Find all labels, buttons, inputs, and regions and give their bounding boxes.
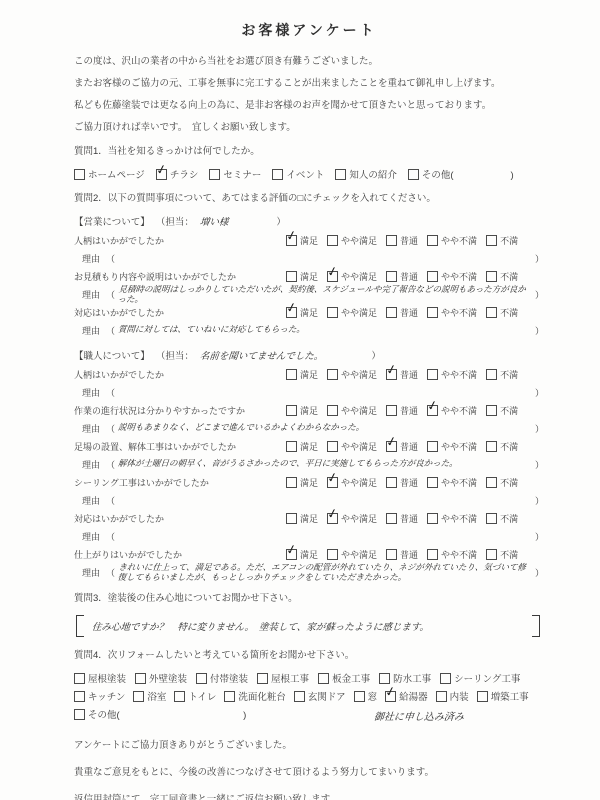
rating-checkbox[interactable]: やや満足 bbox=[327, 440, 377, 453]
q4-option-checkbox[interactable]: 付帯塗装 bbox=[196, 671, 248, 685]
q4-option-checkbox[interactable]: 内装 bbox=[436, 689, 469, 703]
reason-row: 理由 （ 見積時の説明はしっかりしていただいたが、契約後、スケジュールや完了報告… bbox=[74, 285, 544, 303]
checkbox-icon bbox=[156, 169, 167, 180]
rating-checkbox[interactable]: 普通 bbox=[386, 548, 418, 561]
checkbox-icon bbox=[286, 405, 297, 416]
checkbox-icon bbox=[427, 477, 438, 488]
q4-option-checkbox[interactable]: 玄関ドア bbox=[294, 689, 346, 703]
option-label: 防水工事 bbox=[393, 671, 431, 685]
reason-row: 理由 （ ） bbox=[74, 249, 544, 267]
reason-row: 理由 （ ） bbox=[74, 491, 544, 509]
question3-answer-box: 住み心地ですか？ 特に変りません。 塗装して、家が蘇ったように感じます。 bbox=[76, 614, 540, 638]
rating-checkbox[interactable]: 普通 bbox=[386, 404, 418, 417]
paren-close: ） bbox=[535, 386, 544, 399]
rating-question-row: 足場の設置、解体工事はいかがでしたか 満足 やや満足 普通 やや不満 不満 bbox=[74, 437, 544, 455]
rating-checkbox[interactable]: やや不満 bbox=[427, 476, 477, 489]
rating-checkbox[interactable]: 満足 bbox=[286, 306, 318, 319]
reason-row: 理由 （ きれいに仕上って、満足である。ただ、エアコンの配管が外れていたり、ネジ… bbox=[74, 563, 544, 581]
q1-option-checkbox[interactable]: チラシ bbox=[156, 167, 199, 181]
rating-checkbox[interactable]: 普通 bbox=[386, 512, 418, 525]
q4-option-checkbox[interactable]: 外壁塗装 bbox=[135, 671, 187, 685]
rating-options: 満足 やや満足 普通 やや不満 不満 bbox=[286, 234, 518, 247]
option-label: 満足 bbox=[300, 548, 318, 561]
section-sales-heading-row: 【営業について】 （担当： 増い様 ） bbox=[74, 214, 544, 228]
paren-open: （ bbox=[106, 530, 115, 543]
option-label: 満足 bbox=[300, 404, 318, 417]
option-label: やや不満 bbox=[441, 512, 477, 525]
reason-row: 理由 （ ） bbox=[74, 527, 544, 545]
checkbox-icon bbox=[436, 691, 447, 702]
checkbox-icon bbox=[286, 271, 297, 282]
option-label: やや満足 bbox=[341, 234, 377, 247]
rating-question-row: 作業の進行状況は分かりやすかったですか 満足 やや満足 普通 やや不満 不満 bbox=[74, 401, 544, 419]
option-label: 屋根工事 bbox=[271, 671, 309, 685]
option-label: 浴室 bbox=[147, 689, 166, 703]
rating-options: 満足 やや満足 普通 やや不満 不満 bbox=[286, 512, 518, 525]
question-label: 作業の進行状況は分かりやすかったですか bbox=[74, 404, 286, 417]
reason-row: 理由 （ 解体が土曜日の朝早く、音がうるさかったので、平日に実施してもらった方が… bbox=[74, 455, 544, 473]
rating-checkbox[interactable]: 普通 bbox=[386, 270, 418, 283]
reason-label: 理由 bbox=[82, 530, 100, 543]
option-label: やや満足 bbox=[341, 306, 377, 319]
rating-checkbox[interactable]: 普通 bbox=[386, 368, 418, 381]
option-label: 不満 bbox=[500, 512, 518, 525]
option-label: 満足 bbox=[300, 368, 318, 381]
option-label: 内装 bbox=[450, 689, 469, 703]
intro-paragraph: この度は、沢山の業者の中から当社をお選び頂き有難うございました。 またお客様のご… bbox=[74, 56, 544, 134]
option-label: 不満 bbox=[500, 476, 518, 489]
checkbox-icon bbox=[486, 405, 497, 416]
rating-checkbox[interactable]: やや満足 bbox=[327, 512, 377, 525]
rating-question-row: お見積もり内容や説明はいかがでしたか 満足 やや満足 普通 やや不満 不満 bbox=[74, 267, 544, 285]
question-label: 人柄はいかがでしたか bbox=[74, 234, 286, 247]
checkbox-icon bbox=[327, 307, 338, 318]
checkbox-icon bbox=[386, 271, 397, 282]
reason-label: 理由 bbox=[82, 566, 100, 579]
rating-checkbox[interactable]: 満足 bbox=[286, 234, 318, 247]
q4-option-checkbox[interactable]: トイレ bbox=[174, 689, 216, 703]
rating-checkbox[interactable]: やや不満 bbox=[427, 404, 477, 417]
question-label: 対応はいかがでしたか bbox=[74, 306, 286, 319]
checkbox-icon bbox=[427, 235, 438, 246]
section-craftsman-heading-row: 【職人について】 （担当： 名前を聞いてませんでした。 ） bbox=[74, 348, 544, 362]
rating-checkbox[interactable]: 満足 bbox=[286, 476, 318, 489]
checkbox-icon bbox=[272, 169, 283, 180]
paren-close: ） bbox=[276, 214, 286, 228]
checkbox-icon bbox=[386, 549, 397, 560]
checkbox-icon bbox=[379, 673, 390, 684]
question-label: 仕上がりはいかがでしたか bbox=[74, 548, 286, 561]
option-label: チラシ bbox=[170, 167, 199, 181]
reason-label: 理由 bbox=[82, 324, 100, 337]
rating-question-row: 対応はいかがでしたか 満足 やや満足 普通 やや不満 不満 bbox=[74, 509, 544, 527]
option-label: やや不満 bbox=[441, 404, 477, 417]
q1-option-checkbox[interactable]: ホームページ bbox=[74, 167, 145, 181]
checkbox-icon bbox=[486, 271, 497, 282]
checkbox-icon bbox=[74, 691, 85, 702]
rating-checkbox[interactable]: 不満 bbox=[486, 234, 518, 247]
handwritten-reason: 説明もあまりなく、どこまで進んでいるかよくわからなかった。 bbox=[118, 423, 533, 433]
option-label: 洗面化粧台 bbox=[238, 689, 286, 703]
option-label: 玄関ドア bbox=[308, 689, 346, 703]
rating-checkbox[interactable]: 不満 bbox=[486, 404, 518, 417]
option-label: その他( ) bbox=[88, 707, 246, 721]
rating-options: 満足 やや満足 普通 やや不満 不満 bbox=[286, 476, 518, 489]
option-label: 板金工事 bbox=[332, 671, 370, 685]
q1-option-checkbox[interactable]: イベント bbox=[272, 167, 324, 181]
craftsman-rating-rows: 人柄はいかがでしたか 満足 やや満足 普通 やや不満 不満 理由 （ ） bbox=[74, 365, 544, 581]
rating-checkbox[interactable]: 普通 bbox=[386, 476, 418, 489]
paren-close: ） bbox=[535, 422, 544, 435]
handwritten-reason: 見積時の説明はしっかりしていただいたが、契約後、スケジュールや完了報告などの説明… bbox=[117, 285, 533, 304]
reason-label: 理由 bbox=[82, 422, 100, 435]
rating-checkbox[interactable]: 普通 bbox=[386, 440, 418, 453]
rating-checkbox[interactable]: やや満足 bbox=[327, 270, 377, 283]
checkbox-icon bbox=[427, 549, 438, 560]
option-label: やや満足 bbox=[341, 404, 377, 417]
rating-question-row: 対応はいかがでしたか 満足 やや満足 普通 やや不満 不満 bbox=[74, 303, 544, 321]
rating-checkbox[interactable]: やや不満 bbox=[427, 368, 477, 381]
intro-line: この度は、沢山の業者の中から当社をお選び頂き有難うございました。 bbox=[74, 56, 544, 68]
option-label: やや満足 bbox=[341, 512, 377, 525]
checkbox-icon bbox=[427, 441, 438, 452]
question3-label: 質問3．塗装後の住み心地についてお聞かせ下さい。 bbox=[74, 593, 544, 605]
option-label: キッチン bbox=[88, 689, 125, 703]
rating-checkbox[interactable]: やや満足 bbox=[327, 306, 377, 319]
rating-checkbox[interactable]: 不満 bbox=[486, 368, 518, 381]
option-label: 屋根塗装 bbox=[88, 671, 126, 685]
reason-row: 理由 （ ） bbox=[74, 383, 544, 401]
option-label: 不満 bbox=[500, 270, 518, 283]
q4-option-checkbox[interactable]: 給湯器 bbox=[385, 689, 428, 703]
tanto-label: （担当： bbox=[156, 348, 194, 362]
page-title: お客様アンケート bbox=[74, 20, 544, 40]
q4-option-checkbox[interactable]: 板金工事 bbox=[318, 671, 370, 685]
paren-close: ） bbox=[535, 566, 544, 579]
checkbox-icon bbox=[486, 441, 497, 452]
checkbox-icon bbox=[385, 691, 396, 702]
option-label: 普通 bbox=[400, 270, 418, 283]
checkbox-icon bbox=[286, 513, 297, 524]
checkbox-icon bbox=[335, 169, 346, 180]
checkbox-icon bbox=[327, 441, 338, 452]
checkbox-icon bbox=[286, 477, 297, 488]
checkbox-icon bbox=[354, 691, 365, 702]
checkbox-icon bbox=[386, 307, 397, 318]
checkbox-icon bbox=[174, 691, 185, 702]
rating-checkbox[interactable]: やや不満 bbox=[427, 440, 477, 453]
checkbox-icon bbox=[133, 691, 144, 702]
question1-label: 質問1．当社を知るきっかけは何でしたか。 bbox=[74, 146, 544, 158]
footer: アンケートにご協力頂きありがとうございました。 貴重なご意見をもとに、今後の改善… bbox=[74, 737, 544, 800]
checkbox-icon bbox=[427, 307, 438, 318]
intro-line: またお客様のご協力の元、工事を無事に完工することが出来ましたことを重ねて御礼申し… bbox=[74, 78, 544, 90]
paren-open: （ bbox=[106, 288, 115, 301]
option-label: 普通 bbox=[400, 234, 418, 247]
rating-checkbox[interactable]: 普通 bbox=[386, 234, 418, 247]
paren-open: （ bbox=[106, 386, 115, 399]
option-label: 増築工事 bbox=[491, 689, 529, 703]
option-label: トイレ bbox=[188, 689, 216, 703]
checkbox-icon bbox=[327, 513, 338, 524]
rating-checkbox[interactable]: やや不満 bbox=[427, 234, 477, 247]
option-label: イベント bbox=[286, 167, 324, 181]
option-label: 外壁塗装 bbox=[149, 671, 187, 685]
checkbox-icon bbox=[327, 235, 338, 246]
checkbox-icon bbox=[327, 405, 338, 416]
question1-options: ホームページ チラシ セミナー イベント 知人の紹介 bbox=[74, 167, 544, 181]
option-label: 知人の紹介 bbox=[349, 167, 397, 181]
option-label: その他( ) bbox=[422, 167, 514, 181]
checkbox-icon bbox=[257, 673, 268, 684]
rating-question-row: シーリング工事はいかがでしたか 満足 やや満足 普通 やや不満 不満 bbox=[74, 473, 544, 491]
reason-label: 理由 bbox=[82, 386, 100, 399]
option-label: 満足 bbox=[300, 270, 318, 283]
rating-checkbox[interactable]: 満足 bbox=[286, 368, 318, 381]
question-label: シーリング工事はいかがでしたか bbox=[74, 476, 286, 489]
checkbox-icon bbox=[327, 477, 338, 488]
checkbox-icon bbox=[427, 369, 438, 380]
rating-options: 満足 やや満足 普通 やや不満 不満 bbox=[286, 548, 518, 561]
q4-option-checkbox[interactable]: 窓 bbox=[354, 689, 378, 703]
checkbox-icon bbox=[327, 549, 338, 560]
section-craftsman: 【職人について】 （担当： 名前を聞いてませんでした。 ） 人柄はいかがでしたか… bbox=[74, 348, 544, 581]
q1-option-checkbox[interactable]: セミナー bbox=[209, 167, 261, 181]
paren-open: （ bbox=[106, 252, 115, 265]
paren-open: （ bbox=[106, 458, 115, 471]
q1-option-checkbox[interactable]: その他( ) bbox=[408, 167, 514, 181]
option-label: 普通 bbox=[400, 548, 418, 561]
option-label: やや不満 bbox=[441, 306, 477, 319]
q4-option-checkbox[interactable]: キッチン bbox=[74, 689, 125, 703]
question4-options-row3: その他( ) bbox=[74, 707, 544, 721]
sales-rating-rows: 人柄はいかがでしたか 満足 やや満足 普通 やや不満 不満 理由 （ ） bbox=[74, 231, 544, 339]
question-label: 人柄はいかがでしたか bbox=[74, 368, 286, 381]
intro-line: ご協力頂ければ幸いです。 宜しくお願い致します。 bbox=[74, 122, 544, 134]
rating-checkbox[interactable]: 不満 bbox=[486, 306, 518, 319]
handwritten-answer-line: 塗装して、家が蘇ったように感じます。 bbox=[258, 620, 429, 635]
rating-question-row: 仕上がりはいかがでしたか 満足 やや満足 普通 やや不満 不満 bbox=[74, 545, 544, 563]
option-label: やや不満 bbox=[441, 270, 477, 283]
section-heading: 【職人について】 bbox=[74, 348, 150, 362]
handwritten-tanto-name: 名前を聞いてませんでした。 bbox=[199, 348, 324, 362]
checkbox-icon bbox=[386, 235, 397, 246]
rating-checkbox[interactable]: 不満 bbox=[486, 548, 518, 561]
checkbox-icon bbox=[486, 235, 497, 246]
option-label: 普通 bbox=[400, 440, 418, 453]
option-label: 不満 bbox=[500, 548, 518, 561]
option-label: 普通 bbox=[400, 404, 418, 417]
option-label: 満足 bbox=[300, 306, 318, 319]
paren-close: ） bbox=[535, 530, 544, 543]
paren-close: ） bbox=[371, 348, 381, 362]
rating-checkbox[interactable]: やや満足 bbox=[327, 404, 377, 417]
checkbox-icon bbox=[286, 549, 297, 560]
rating-checkbox[interactable]: やや満足 bbox=[327, 234, 377, 247]
option-label: 満足 bbox=[300, 476, 318, 489]
question2-label: 質問2．以下の質問事項について、あてはまる評価の□にチェックを入れてください。 bbox=[74, 193, 544, 205]
paren-close: ） bbox=[535, 288, 544, 301]
q4-option-checkbox[interactable]: その他( ) bbox=[74, 707, 246, 721]
question-label: 対応はいかがでしたか bbox=[74, 512, 286, 525]
option-label: 普通 bbox=[400, 368, 418, 381]
handwritten-answer-line: 住み心地ですか？ 特に変りません。 bbox=[91, 620, 254, 635]
checkbox-icon bbox=[477, 691, 488, 702]
checkbox-icon bbox=[318, 673, 329, 684]
checkbox-icon bbox=[286, 369, 297, 380]
option-label: 満足 bbox=[300, 440, 318, 453]
handwritten-note: 御社に申し込み済み bbox=[373, 708, 464, 723]
option-label: 不満 bbox=[500, 440, 518, 453]
option-label: やや満足 bbox=[341, 476, 377, 489]
checkbox-icon bbox=[386, 441, 397, 452]
checkbox-icon bbox=[294, 691, 305, 702]
option-label: やや不満 bbox=[441, 476, 477, 489]
handwritten-reason: 質問に対しては、ていねいに対応してもらった。 bbox=[118, 325, 533, 335]
checkbox-icon bbox=[486, 307, 497, 318]
checkbox-icon bbox=[327, 271, 338, 282]
checkbox-icon bbox=[386, 477, 397, 488]
option-label: やや満足 bbox=[341, 270, 377, 283]
tanto-label: （担当： bbox=[156, 214, 194, 228]
rating-checkbox[interactable]: やや不満 bbox=[427, 306, 477, 319]
paren-close: ） bbox=[535, 324, 544, 337]
checkbox-icon bbox=[135, 673, 146, 684]
option-label: ホームページ bbox=[88, 167, 145, 181]
checkbox-icon bbox=[386, 369, 397, 380]
option-label: やや満足 bbox=[341, 548, 377, 561]
checkbox-icon bbox=[386, 405, 397, 416]
option-label: シーリング工事 bbox=[454, 671, 520, 685]
checkbox-icon bbox=[386, 513, 397, 524]
option-label: 窓 bbox=[368, 689, 378, 703]
paren-close: ） bbox=[535, 252, 544, 265]
rating-checkbox[interactable]: 満足 bbox=[286, 512, 318, 525]
option-label: やや満足 bbox=[341, 440, 377, 453]
rating-checkbox[interactable]: 満足 bbox=[286, 270, 318, 283]
rating-checkbox[interactable]: 不満 bbox=[486, 270, 518, 283]
q1-option-checkbox[interactable]: 知人の紹介 bbox=[335, 167, 397, 181]
paren-open: （ bbox=[106, 566, 115, 579]
option-label: やや不満 bbox=[441, 234, 477, 247]
footer-line: アンケートにご協力頂きありがとうございました。 bbox=[74, 737, 544, 751]
checkbox-icon bbox=[209, 169, 220, 180]
rating-checkbox[interactable]: やや満足 bbox=[327, 368, 377, 381]
checkbox-icon bbox=[408, 169, 419, 180]
checkbox-icon bbox=[74, 709, 85, 720]
option-label: 不満 bbox=[500, 306, 518, 319]
option-label: やや不満 bbox=[441, 440, 477, 453]
q4-option-checkbox[interactable]: 屋根工事 bbox=[257, 671, 309, 685]
rating-question-row: 人柄はいかがでしたか 満足 やや満足 普通 やや不満 不満 bbox=[74, 365, 544, 383]
rating-checkbox[interactable]: やや満足 bbox=[327, 548, 377, 561]
checkbox-icon bbox=[486, 549, 497, 560]
rating-checkbox[interactable]: 普通 bbox=[386, 306, 418, 319]
rating-options: 満足 やや満足 普通 やや不満 不満 bbox=[286, 270, 518, 283]
option-label: 付帯塗装 bbox=[210, 671, 248, 685]
checkbox-icon bbox=[486, 477, 497, 488]
handwritten-tanto-name: 増い様 bbox=[199, 214, 229, 228]
reason-row: 理由 （ 説明もあまりなく、どこまで進んでいるかよくわからなかった。 ） bbox=[74, 419, 544, 437]
option-label: 不満 bbox=[500, 234, 518, 247]
option-label: 不満 bbox=[500, 368, 518, 381]
option-label: 給湯器 bbox=[399, 689, 428, 703]
reason-label: 理由 bbox=[82, 288, 100, 301]
option-label: やや満足 bbox=[341, 368, 377, 381]
footer-line: 貴重なご意見をもとに、今後の改善につなげさせて頂けるよう努力してまいります。 bbox=[74, 764, 544, 778]
question4-options-row2: キッチン 浴室 トイレ 洗面化粧台 bbox=[74, 689, 544, 703]
q4-option-checkbox[interactable]: 浴室 bbox=[133, 689, 166, 703]
paren-close: ） bbox=[535, 458, 544, 471]
survey-document: お客様アンケート この度は、沢山の業者の中から当社をお選び頂き有難うございました… bbox=[0, 0, 600, 800]
paren-open: （ bbox=[106, 324, 115, 337]
checkbox-icon bbox=[286, 235, 297, 246]
question4-options-row1: 屋根塗装 外壁塗装 付帯塗装 屋根工事 bbox=[74, 671, 544, 685]
question-label: お見積もり内容や説明はいかがでしたか bbox=[74, 270, 286, 283]
option-label: やや不満 bbox=[441, 548, 477, 561]
rating-checkbox[interactable]: 不満 bbox=[486, 512, 518, 525]
rating-checkbox[interactable]: やや不満 bbox=[427, 270, 477, 283]
rating-options: 満足 やや満足 普通 やや不満 不満 bbox=[286, 404, 518, 417]
q4-option-checkbox[interactable]: シーリング工事 bbox=[440, 671, 520, 685]
checkbox-icon bbox=[196, 673, 207, 684]
checkbox-icon bbox=[440, 673, 451, 684]
handwritten-reason: 解体が土曜日の朝早く、音がうるさかったので、平日に実施してもらった方が良かった。 bbox=[118, 459, 533, 469]
paren-open: （ bbox=[106, 422, 115, 435]
rating-checkbox[interactable]: やや不満 bbox=[427, 512, 477, 525]
checkbox-icon bbox=[427, 405, 438, 416]
rating-checkbox[interactable]: 満足 bbox=[286, 440, 318, 453]
rating-options: 満足 やや満足 普通 やや不満 不満 bbox=[286, 306, 518, 319]
rating-checkbox[interactable]: やや不満 bbox=[427, 548, 477, 561]
reason-row: 理由 （ 質問に対しては、ていねいに対応してもらった。 ） bbox=[74, 321, 544, 339]
rating-checkbox[interactable]: 不満 bbox=[486, 476, 518, 489]
option-label: 満足 bbox=[300, 512, 318, 525]
rating-checkbox[interactable]: 不満 bbox=[486, 440, 518, 453]
q4-option-checkbox[interactable]: 防水工事 bbox=[379, 671, 431, 685]
checkbox-icon bbox=[286, 441, 297, 452]
checkbox-icon bbox=[327, 369, 338, 380]
handwritten-reason: きれいに仕上って、満足である。ただ、エアコンの配管が外れていたり、ネジが外れてい… bbox=[117, 563, 533, 582]
q4-option-checkbox[interactable]: 洗面化粧台 bbox=[224, 689, 286, 703]
question-label: 足場の設置、解体工事はいかがでしたか bbox=[74, 440, 286, 453]
section-sales: 【営業について】 （担当： 増い様 ） 人柄はいかがでしたか 満足 やや満足 普… bbox=[74, 214, 544, 339]
question4-block: 質問4．次リフォームしたいと考えている箇所をお聞かせ下さい。 屋根塗装 外壁塗装… bbox=[74, 650, 544, 721]
rating-options: 満足 やや満足 普通 やや不満 不満 bbox=[286, 440, 518, 453]
q4-option-checkbox[interactable]: 増築工事 bbox=[477, 689, 529, 703]
q4-option-checkbox[interactable]: 屋根塗装 bbox=[74, 671, 126, 685]
option-label: 普通 bbox=[400, 512, 418, 525]
rating-checkbox[interactable]: 満足 bbox=[286, 548, 318, 561]
checkbox-icon bbox=[486, 369, 497, 380]
rating-checkbox[interactable]: 満足 bbox=[286, 404, 318, 417]
checkbox-icon bbox=[74, 673, 85, 684]
option-label: 普通 bbox=[400, 476, 418, 489]
section-heading: 【営業について】 bbox=[74, 214, 150, 228]
checkbox-icon bbox=[224, 691, 235, 702]
question4-label: 質問4．次リフォームしたいと考えている箇所をお聞かせ下さい。 bbox=[74, 650, 544, 662]
paren-close: ） bbox=[535, 494, 544, 507]
option-label: セミナー bbox=[223, 167, 261, 181]
checkbox-icon bbox=[286, 307, 297, 318]
option-label: 不満 bbox=[500, 404, 518, 417]
rating-checkbox[interactable]: やや満足 bbox=[327, 476, 377, 489]
rating-options: 満足 やや満足 普通 やや不満 不満 bbox=[286, 368, 518, 381]
option-label: やや不満 bbox=[441, 368, 477, 381]
footer-line: 返信用封筒にて、完工同意書と一緒にご返信お願い致します。 bbox=[74, 791, 544, 800]
option-label: 満足 bbox=[300, 234, 318, 247]
reason-label: 理由 bbox=[82, 252, 100, 265]
